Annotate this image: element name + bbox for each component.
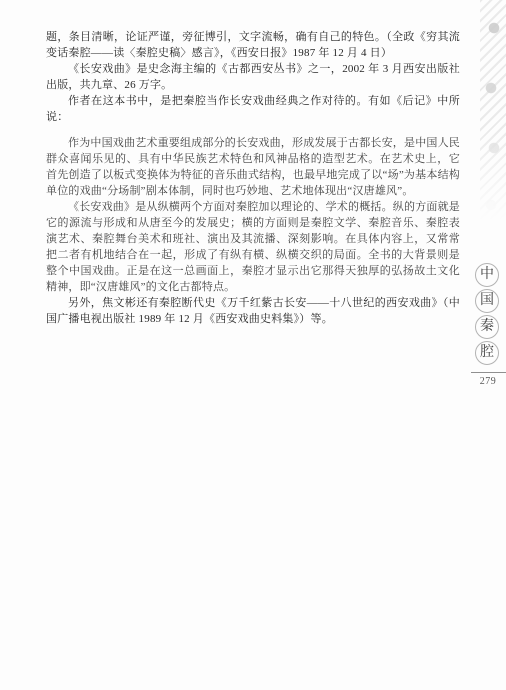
seal-char-label: 国 [480, 294, 494, 308]
book-page-scan: 题，条目清晰，论证严谨，旁征博引，文字流畅，确有自己的特色。（全政《穷其流变话秦… [0, 0, 506, 690]
body-paragraph-author-intro: 作者在这本书中，是把秦腔当作长安戏曲经典之作对待的。有如《后记》中所说： [46, 93, 460, 125]
seal-char-guo: 国 [475, 289, 499, 313]
body-paragraph-continuation: 题，条目清晰，论证严谨，旁征博引，文字流畅，确有自己的特色。（全政《穷其流变话秦… [46, 29, 460, 61]
page-text-block: 题，条目清晰，论证严谨，旁征博引，文字流畅，确有自己的特色。（全政《穷其流变话秦… [46, 29, 460, 327]
seal-char-label: 中 [480, 268, 494, 282]
block-quote: 作为中国戏曲艺术重要组成部分的长安戏曲，形成发展于古都长安，是中国人民群众喜闻乐… [46, 135, 460, 295]
page-number-rule [471, 372, 506, 373]
seal-char-qiang: 腔 [475, 341, 499, 365]
quote-paragraph-2: 《长安戏曲》是从纵横两个方面对秦腔加以理论的、学术的概括。纵的方面就是它的源流与… [46, 199, 460, 295]
quote-paragraph-1: 作为中国戏曲艺术重要组成部分的长安戏曲，形成发展于古都长安，是中国人民群众喜闻乐… [46, 135, 460, 199]
seal-char-label: 秦 [480, 320, 494, 334]
seal-char-qin: 秦 [475, 315, 499, 339]
margin-seal-column: 中 国 秦 腔 [475, 263, 499, 365]
page-number: 279 [469, 376, 506, 387]
decorative-border-pattern [480, 0, 506, 235]
seal-char-label: 腔 [480, 346, 494, 360]
seal-char-zhong: 中 [475, 263, 499, 287]
body-paragraph-additional: 另外，焦文彬还有秦腔断代史《万千红紫古长安——十八世纪的西安戏曲》（中国广播电视… [46, 295, 460, 327]
body-paragraph-changan-xiqu: 《长安戏曲》是史念海主编的《古都西安丛书》之一，2002 年 3 月西安出版社出… [46, 61, 460, 93]
